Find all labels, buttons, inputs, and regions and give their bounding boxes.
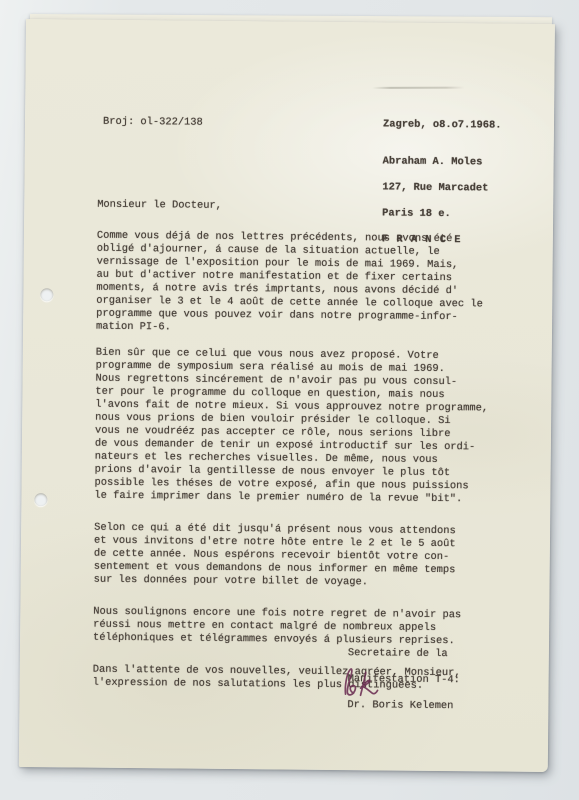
punch-hole-top [40,288,53,301]
paragraph-2: Bien sûr que ce celui que vous nous avez… [94,347,545,507]
salutation: Monsieur le Docteur, [97,199,222,213]
recipient-name: Abraham A. Moles [383,155,489,169]
dateline: Zagreb, o8.o7.1968. [383,118,502,132]
paragraph-1: Comme vous déjá de nos lettres précédent… [96,230,547,338]
paragraph-4: Nous soulignons encore une fois notre re… [93,606,543,649]
pencil-mark [372,87,464,89]
letter-body: Comme vous déjá de nos lettres précédent… [92,217,547,713]
punch-hole-bottom [34,493,47,506]
paragraph-5: Dans l'attente de vos nouvelles, veuille… [93,664,543,694]
signature-title: Secretaire de la [348,647,460,661]
paragraph-3: Selon ce qui a été dit jusqu'á présent n… [94,522,545,591]
handwritten-initials-icon [331,664,397,709]
reference-number: Broj: ol-322/138 [103,116,203,130]
letter-page: Broj: ol-322/138 Zagreb, o8.o7.1968. Abr… [19,19,555,772]
scan-background: Broj: ol-322/138 Zagreb, o8.o7.1968. Abr… [0,0,579,800]
recipient-street: 127, Rue Marcadet [382,181,488,195]
